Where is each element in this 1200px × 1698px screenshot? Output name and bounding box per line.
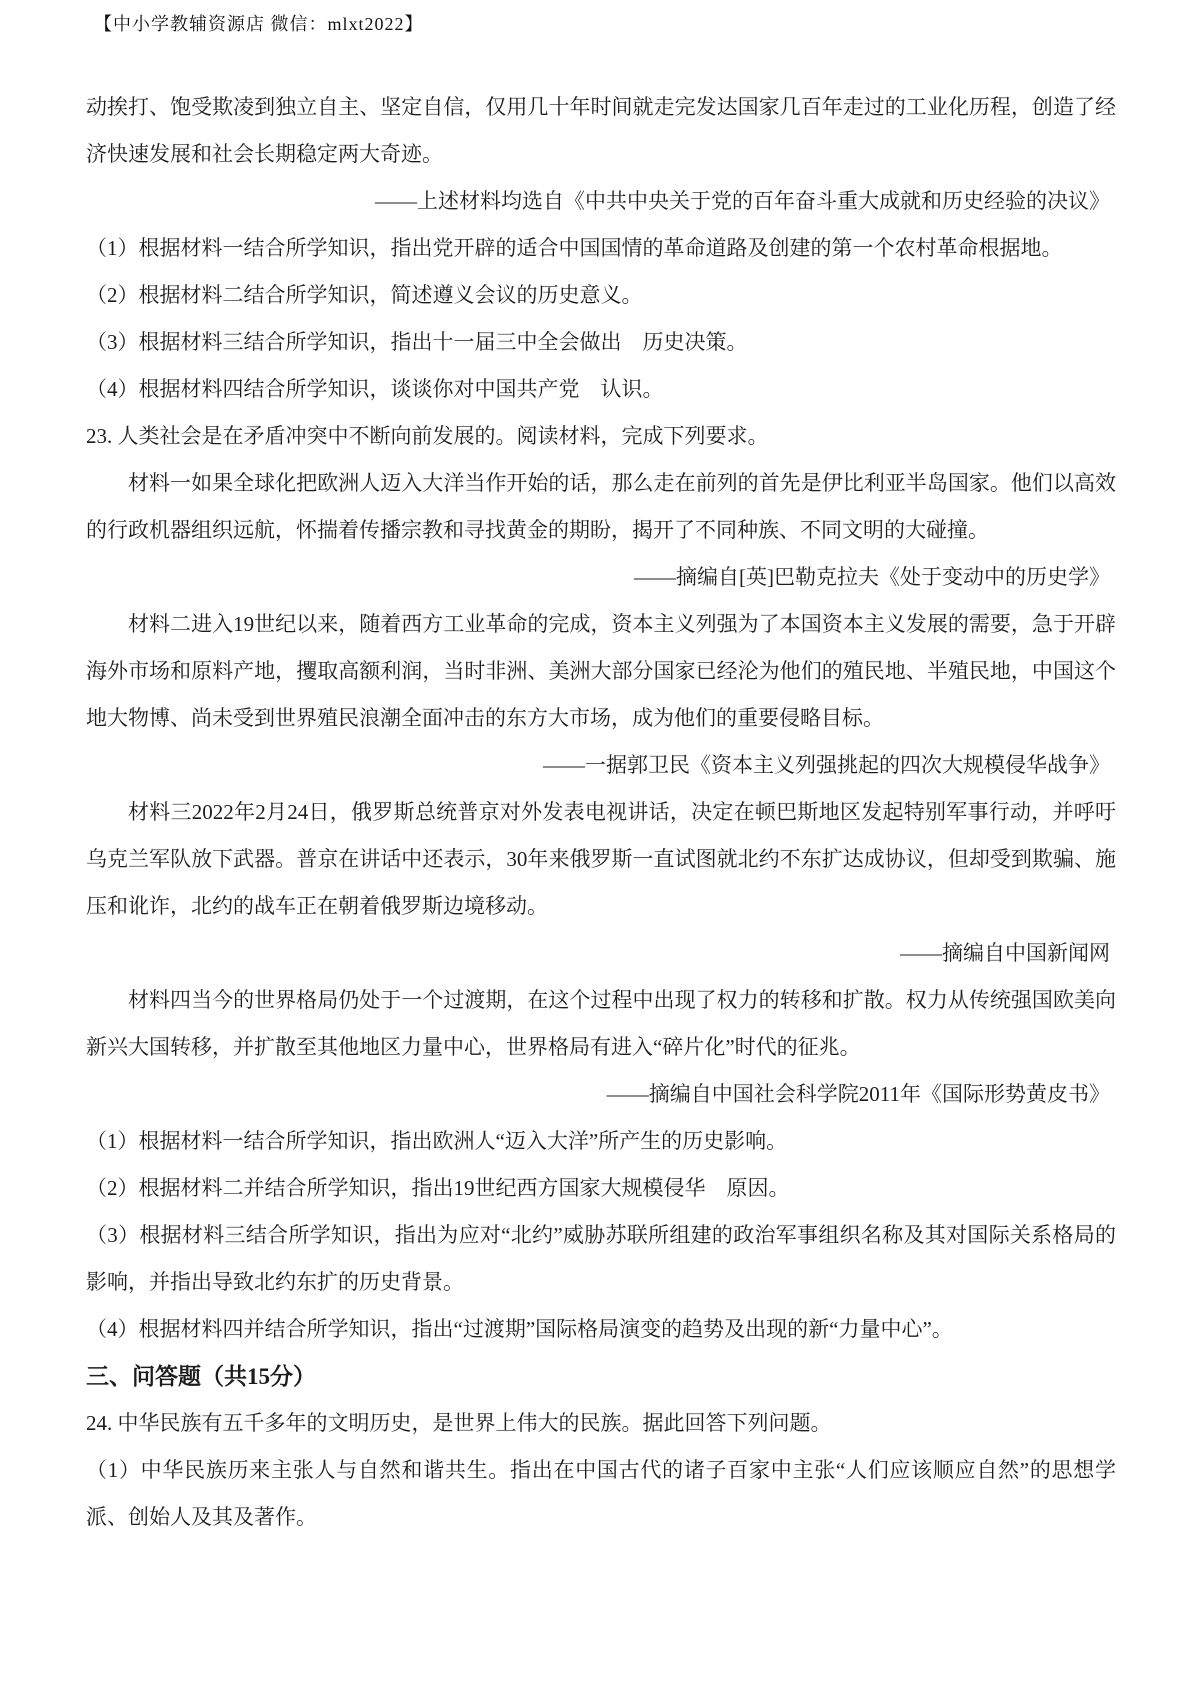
document-body: 动挨打、饱受欺凌到独立自主、坚定自信，仅用几十年时间就走完发达国家几百年走过的工… [86, 84, 1116, 1541]
q22-source-line: ——上述材料均选自《中共中央关于党的百年奋斗重大成就和历史经验的决议》 [86, 178, 1116, 225]
q23-material-3-text: 材料三2022年2月24日，俄罗斯总统普京对外发表电视讲话，决定在顿巴斯地区发起… [86, 789, 1116, 930]
q23-material-1-text: 材料一如果全球化把欧洲人迈入大洋当作开始的话，那么走在前列的首先是伊比利亚半岛国… [86, 460, 1116, 554]
q22-sub-question-4: （4）根据材料四结合所学知识，谈谈你对中国共产党 认识。 [86, 366, 1116, 413]
q23-sub-question-1: （1）根据材料一结合所学知识，指出欧洲人“迈入大洋”所产生的历史影响。 [86, 1118, 1116, 1165]
q23-sub-question-3: （3）根据材料三结合所学知识，指出为应对“北约”威胁苏联所组建的政治军事组织名称… [86, 1212, 1116, 1306]
q22-sub-question-1: （1）根据材料一结合所学知识，指出党开辟的适合中国国情的革命道路及创建的第一个农… [86, 225, 1116, 272]
q23-material-4-text: 材料四当今的世界格局仍处于一个过渡期，在这个过程中出现了权力的转移和扩散。权力从… [86, 977, 1116, 1071]
q23-material-3-source: ——摘编自中国新闻网 [86, 930, 1116, 977]
section3-heading: 三、问答题（共15分） [86, 1353, 1116, 1400]
q23-sub-question-2: （2）根据材料二并结合所学知识，指出19世纪西方国家大规模侵华 原因。 [86, 1165, 1116, 1212]
q24-stem: 24. 中华民族有五千多年的文明历史，是世界上伟大的民族。据此回答下列问题。 [86, 1400, 1116, 1447]
q22-sub-question-2: （2）根据材料二结合所学知识，简述遵义会议的历史意义。 [86, 272, 1116, 319]
q23-sub-question-4: （4）根据材料四并结合所学知识，指出“过渡期”国际格局演变的趋势及出现的新“力量… [86, 1306, 1116, 1353]
q23-material-2-source: ——一据郭卫民《资本主义列强挑起的四次大规模侵华战争》 [86, 742, 1116, 789]
q23-material-1-source: ——摘编自[英]巴勒克拉夫《处于变动中的历史学》 [86, 554, 1116, 601]
exam-document-page: 【中小学教辅资源店 微信：mlxt2022】 动挨打、饱受欺凌到独立自主、坚定自… [0, 0, 1200, 1698]
q23-material-2-text: 材料二进入19世纪以来，随着西方工业革命的完成，资本主义列强为了本国资本主义发展… [86, 601, 1116, 742]
q22-material-continuation: 动挨打、饱受欺凌到独立自主、坚定自信，仅用几十年时间就走完发达国家几百年走过的工… [86, 84, 1116, 178]
store-watermark: 【中小学教辅资源店 微信：mlxt2022】 [94, 10, 424, 36]
q22-sub-question-3: （3）根据材料三结合所学知识，指出十一届三中全会做出 历史决策。 [86, 319, 1116, 366]
q24-sub-question-1: （1）中华民族历来主张人与自然和谐共生。指出在中国古代的诸子百家中主张“人们应该… [86, 1447, 1116, 1541]
q23-stem: 23. 人类社会是在矛盾冲突中不断向前发展的。阅读材料，完成下列要求。 [86, 413, 1116, 460]
q23-material-4-source: ——摘编自中国社会科学院2011年《国际形势黄皮书》 [86, 1071, 1116, 1118]
